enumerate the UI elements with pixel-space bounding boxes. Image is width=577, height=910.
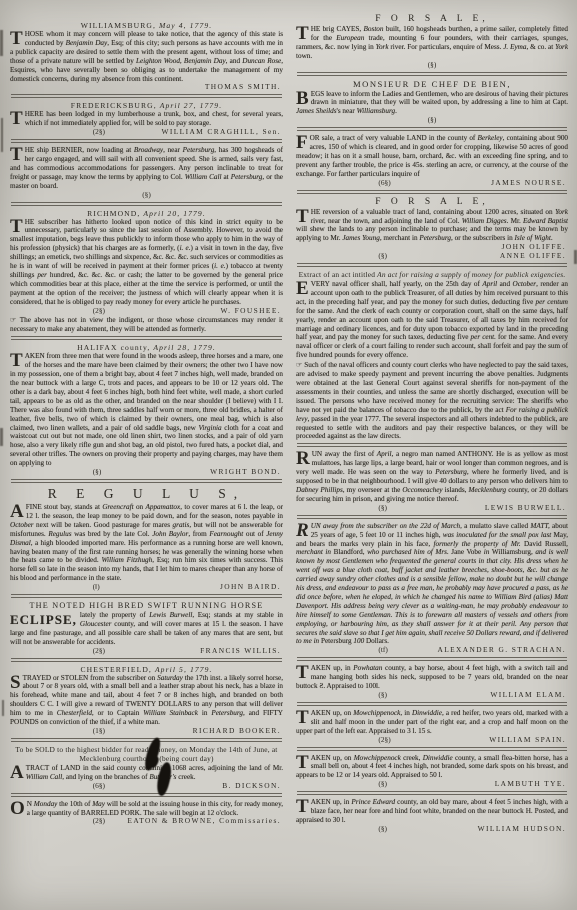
ad-heading: F O R S A L E, [296, 14, 568, 24]
ad-body: TAKEN up, in Prince Edward county, an ol… [296, 798, 568, 825]
ad-footer: (2§)WILLIAM CRAGHILL, Sen. [12, 128, 281, 137]
ad-mark: (6§) [93, 782, 105, 791]
ad-body: THERE has been lodged in my lumberhouse … [10, 110, 283, 128]
ad-body: ON Monday the 10th of May will be sold a… [10, 800, 283, 818]
rule-divider [297, 127, 567, 131]
drop-cap: T [296, 798, 311, 815]
ad-signature: WRIGHT BOND. [210, 468, 281, 477]
rule-divider [11, 479, 282, 483]
ad: TAKEN up, in Powhatan county, a bay hors… [296, 664, 568, 700]
newspaper-page: WILLIAMSBURG, May 4, 1779.THOSE whom it … [0, 0, 577, 910]
ad-body: STRAYED or STOLEN from the subscriber on… [10, 674, 283, 727]
ad-signature: THOMAS SMITH. [205, 83, 281, 92]
rule-divider [11, 202, 282, 206]
ad: WILLIAMSBURG, May 4, 1779.THOSE whom it … [10, 21, 283, 92]
drop-cap: T [296, 754, 311, 771]
ad-mark: (§) [378, 780, 387, 789]
ad-footer: THOMAS SMITH. [12, 83, 281, 92]
ad-footer: (‖)JOHN BAIRD. [12, 583, 281, 592]
ad: THE NOTED HIGH BRED SWIFT RUNNING HORSEE… [10, 601, 283, 656]
ad-signature: JOHN OLIFFE. ANNE OLIFFE. [500, 243, 566, 261]
ad-signature: WILLIAM SPAIN. [489, 736, 566, 745]
ad-signature: WILLIAM CRAGHILL, Sen. [162, 128, 281, 137]
ad-dateline: FREDERICKSBURG, April 27, 1779. [10, 101, 283, 110]
rule-divider [297, 190, 567, 194]
ad-body: RUN away the first of April, a negro man… [296, 450, 568, 503]
ad-mark: (§) [93, 468, 102, 477]
ad-footer: (tf)ALEXANDER G. STRACHAN. [298, 646, 566, 655]
drop-cap: T [296, 208, 311, 225]
ad-footer: (2§)FRANCIS WILLIS. [12, 647, 281, 656]
newspaper-column-right: F O R S A L E,THE brig CAYES, Boston bui… [296, 14, 568, 904]
ad-mark: (2§) [93, 307, 105, 316]
drop-cap: O [10, 800, 27, 817]
ad-footer: (§)LAMBUTH TYE. [298, 780, 566, 789]
ad-mark: (2§) [378, 736, 390, 745]
ad-body: TAKEN from three men that were found in … [10, 352, 283, 468]
ad-mark: (2§) [93, 128, 105, 137]
ad: F O R S A L E,THE reversion of a valuabl… [296, 197, 568, 261]
ad: ON Monday the 10th of May will be sold a… [10, 800, 283, 827]
ad-dateline: HALIFAX county, April 28, 1779. [10, 343, 283, 352]
ad-mark: (§) [142, 191, 151, 200]
edge-smudge [1, 118, 3, 152]
ad-mark: (6§) [378, 179, 390, 188]
ad: RICHMOND, April 20, 1779.THE subscriber … [10, 209, 283, 335]
rule-divider [11, 738, 282, 742]
ad-footer: (§) [12, 191, 281, 200]
rule-divider [11, 139, 282, 143]
rule-divider [11, 94, 282, 98]
ad-signature: JAMES NOURSE. [491, 179, 566, 188]
ad-mark: (‖) [93, 583, 100, 592]
ad-body: BEGS leave to inform the Ladies and Gent… [296, 90, 568, 117]
rule-divider [297, 657, 567, 661]
drop-cap: T [10, 30, 25, 47]
ad: HALIFAX county, April 28, 1779.TAKEN fro… [10, 343, 283, 477]
ad-mark: (§) [378, 691, 387, 700]
drop-cap: T [10, 110, 25, 127]
ad-body: THE ship BERNIER, now loading at Broadwa… [10, 146, 283, 191]
drop-cap: T [296, 664, 311, 681]
ad-signature: B. DICKSON. [222, 782, 281, 791]
rule-divider [297, 72, 567, 76]
ad-body: RUN away from the subscriber on the 22d … [296, 522, 568, 647]
ad-mark: (1§) [93, 727, 105, 736]
ad-body: FOR sale, a tract of very valuable LAND … [296, 134, 568, 179]
ad: FREDERICKSBURG, April 27, 1779.THERE has… [10, 101, 283, 137]
ad-note: ☞ Such of the naval officers and county … [296, 361, 568, 441]
ad-mark: (§) [428, 116, 437, 125]
ad-footer: (6§)B. DICKSON. [12, 782, 281, 791]
drop-cap: S [10, 674, 23, 691]
ad-footer: (1§)RICHARD BOOKER. [12, 727, 281, 736]
ad: CHESTERFIELD, April 5, 1779.STRAYED or S… [10, 665, 283, 736]
rule-divider [11, 336, 282, 340]
ad-body: AFINE stout bay, stands at Greencraft on… [10, 503, 283, 583]
ad-footer: (2§)EATON & BROWNE, Commissaries. [12, 817, 281, 826]
ad: TAKEN up, on Mowchippenock, in Dinwiddie… [296, 709, 568, 745]
edge-smudge [0, 30, 3, 56]
drop-cap: F [296, 134, 310, 151]
ad-signature: FRANCIS WILLIS. [200, 647, 281, 656]
ad-mark: (2§) [93, 817, 105, 826]
ad-mark: (§) [378, 504, 387, 513]
ad-footer: (§)LEWIS BURWELL. [298, 504, 566, 513]
rule-divider [297, 263, 567, 267]
ad-footer: (6§)JAMES NOURSE. [298, 179, 566, 188]
ad-body: THOSE whom it may concern will please to… [10, 30, 283, 83]
ad-signature: WILLIAM ELAM. [490, 691, 566, 700]
ad-mark: (§) [378, 252, 387, 261]
ad: F O R S A L E,THE brig CAYES, Boston bui… [296, 14, 568, 70]
ad-footer: (§) [298, 61, 566, 70]
ad-signature: LAMBUTH TYE. [495, 780, 566, 789]
ad-heading: F O R S A L E, [296, 197, 568, 207]
ad: TAKEN up, on Mowchippenock creek, Dinwid… [296, 754, 568, 790]
drop-cap: T [296, 25, 311, 42]
rule-divider [297, 443, 567, 447]
ad-body: TAKEN up, on Mowchippenock creek, Dinwid… [296, 754, 568, 781]
rule-divider [11, 658, 282, 662]
ad-note: ☞ The above has not in view the indigent… [10, 316, 283, 334]
drop-cap: A [10, 764, 26, 781]
ad-body: THE brig CAYES, Boston built, 160 hogshe… [296, 25, 568, 61]
ad-mark: (2§) [93, 647, 105, 656]
ad-body: ECLIPSE,lately the property of Lewis Bur… [10, 611, 283, 647]
rule-divider [297, 515, 567, 519]
ad-signature: LEWIS BURWELL. [485, 504, 566, 513]
edge-smudge [2, 700, 4, 716]
drop-cap: R [296, 450, 312, 467]
ad-mark: (§) [378, 825, 387, 834]
ad: THE ship BERNIER, now loading at Broadwa… [10, 146, 283, 199]
ad-footer: (2§)WILLIAM SPAIN. [298, 736, 566, 745]
drop-cap: T [10, 352, 25, 369]
ad-signature: EATON & BROWNE, Commissaries. [127, 817, 281, 826]
ad-footer: (§)JOHN OLIFFE. ANNE OLIFFE. [298, 243, 566, 261]
ad-footer: (§)WRIGHT BOND. [12, 468, 281, 477]
ad: MONSIEUR DE CHEF DE BIEN,BEGS leave to i… [296, 79, 568, 126]
drop-cap: E [296, 280, 311, 297]
ad-signature: W. FOUSHEE. [220, 307, 281, 316]
ad-heading: THE NOTED HIGH BRED SWIFT RUNNING HORSE [10, 601, 283, 610]
ad-body: TAKEN up, in Powhatan county, a bay hors… [296, 664, 568, 691]
ad: RUN away the first of April, a negro man… [296, 450, 568, 512]
drop-cap: T [10, 218, 25, 235]
rule-divider [11, 594, 282, 598]
ad-heading: MONSIEUR DE CHEF DE BIEN, [296, 79, 568, 89]
edge-smudge [0, 428, 3, 446]
rule-divider [297, 791, 567, 795]
ad: FOR sale, a tract of very valuable LAND … [296, 134, 568, 187]
ad-mark: (tf) [378, 646, 387, 655]
ad-mark: (§) [428, 61, 437, 70]
rule-divider [11, 793, 282, 797]
drop-word: ECLIPSE, [10, 611, 80, 627]
ad-body: TAKEN up, on Mowchippenock, in Dinwiddie… [296, 709, 568, 736]
ad-body: THE subscriber has hitherto looked upon … [10, 218, 283, 307]
drop-cap: R [296, 522, 311, 539]
ad-heading: R E G U L U S, [10, 486, 283, 502]
ad-footer: (§)WILLIAM ELAM. [298, 691, 566, 700]
ad: Extract of an act intitled An act for ra… [296, 270, 568, 441]
ad-signature: JOHN BAIRD. [220, 583, 281, 592]
ad-signature: RICHARD BOOKER. [193, 727, 281, 736]
ad-dateline: WILLIAMSBURG, May 4, 1779. [10, 21, 283, 30]
drop-cap: T [10, 146, 25, 163]
ad-dateline: CHESTERFIELD, April 5, 1779. [10, 665, 283, 674]
ad-signature: ALEXANDER G. STRACHAN. [437, 646, 566, 655]
drop-cap: B [296, 90, 311, 107]
ad-heading: Extract of an act intitled An act for ra… [296, 270, 568, 279]
rule-divider [297, 702, 567, 706]
ad-body: EVERY naval officer shall, half yearly, … [296, 280, 568, 360]
ad-footer: (2§)W. FOUSHEE. [12, 307, 281, 316]
ad-dateline: RICHMOND, April 20, 1779. [10, 209, 283, 218]
ad-signature: WILLIAM HUDSON. [478, 825, 566, 834]
drop-cap: T [296, 709, 311, 726]
drop-cap: A [10, 503, 26, 520]
ad: TAKEN up, in Prince Edward county, an ol… [296, 798, 568, 834]
ad: R E G U L U S,AFINE stout bay, stands at… [10, 486, 283, 592]
ad-footer: (§) [298, 116, 566, 125]
ad-body: THE reversion of a valuable tract of lan… [296, 208, 568, 244]
ad: RUN away from the subscriber on the 22d … [296, 522, 568, 656]
ad-footer: (§)WILLIAM HUDSON. [298, 825, 566, 834]
rule-divider [297, 747, 567, 751]
